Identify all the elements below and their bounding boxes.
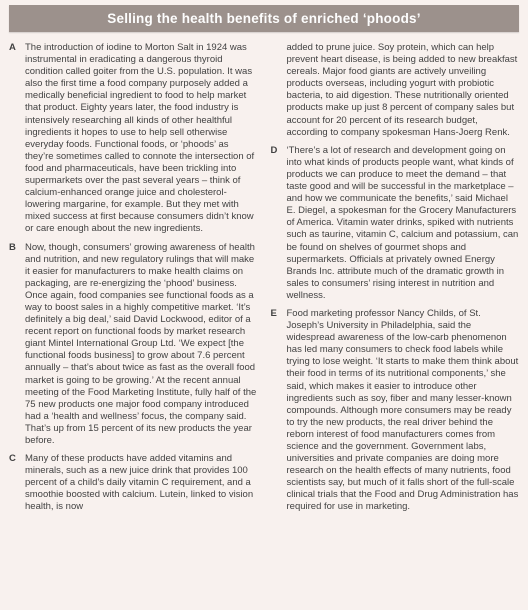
paragraph-d-text: ‘There’s a lot of research and developme… — [287, 145, 520, 302]
paragraph-d-label: D — [271, 145, 287, 302]
paragraph-c-label: C — [9, 453, 25, 513]
paragraph-c-continued: added to prune juice. Soy protein, which… — [271, 42, 520, 139]
paragraph-e-text: Food marketing professor Nancy Childs, o… — [287, 308, 520, 514]
paragraph-d: D ‘There’s a lot of research and develop… — [271, 145, 520, 302]
scanned-passage-page: Selling the health benefits of enriched … — [0, 0, 528, 610]
paragraph-c-continued-label — [271, 42, 287, 139]
paragraph-e-label: E — [271, 308, 287, 514]
paragraph-a-text: The introduction of iodine to Morton Sal… — [25, 42, 258, 236]
passage-title-bar: Selling the health benefits of enriched … — [9, 5, 519, 32]
passage-columns: A The introduction of iodine to Morton S… — [0, 32, 528, 520]
paragraph-a-label: A — [9, 42, 25, 236]
left-column: A The introduction of iodine to Morton S… — [9, 42, 258, 520]
paragraph-e: E Food marketing professor Nancy Childs,… — [271, 308, 520, 514]
paragraph-b-label: B — [9, 242, 25, 448]
passage-title: Selling the health benefits of enriched … — [107, 11, 420, 26]
paragraph-b: B Now, though, consumers’ growing awaren… — [9, 242, 258, 448]
paragraph-c-text: Many of these products have added vitami… — [25, 453, 258, 513]
paragraph-a: A The introduction of iodine to Morton S… — [9, 42, 258, 236]
right-column: added to prune juice. Soy protein, which… — [271, 42, 520, 520]
paragraph-c-continued-text: added to prune juice. Soy protein, which… — [287, 42, 520, 139]
paragraph-b-text: Now, though, consumers’ growing awarenes… — [25, 242, 258, 448]
paragraph-c: C Many of these products have added vita… — [9, 453, 258, 513]
